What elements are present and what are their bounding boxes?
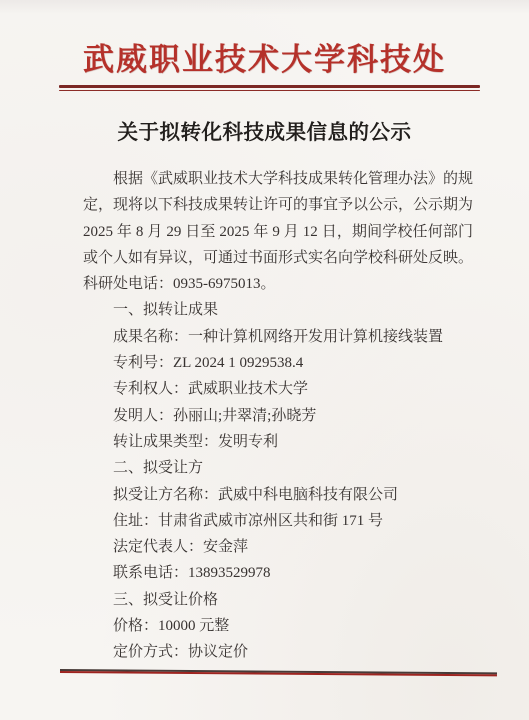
letterhead-divider-thin-line: [59, 90, 480, 92]
body-line: 定，现将以下科技成果转让许可的事宜予以公示，公示期为: [83, 192, 473, 218]
body-line: 专利号：ZL 2024 1 0929538.4: [83, 350, 473, 376]
body-line: 联系电话：13893529978: [83, 560, 473, 586]
document-page: 武威职业技术大学科技处 关于拟转化科技成果信息的公示 根据《武威职业技术大学科技…: [0, 0, 529, 720]
body-line: 发明人：孙丽山;井翠清;孙晓芳: [83, 403, 473, 429]
footer-divider: [60, 669, 497, 676]
body-line: 一、拟转让成果: [83, 297, 473, 323]
document-title: 关于拟转化科技成果信息的公示: [0, 115, 529, 145]
body-line: 三、拟受让价格: [83, 587, 473, 613]
document-body: 根据《武威职业技术大学科技成果转化管理办法》的规定，现将以下科技成果转让许可的事…: [83, 166, 473, 666]
letterhead-title: 武威职业技术大学科技处: [0, 34, 529, 79]
body-line: 住址：甘肃省武威市凉州区共和街 171 号: [83, 508, 473, 534]
body-line: 价格：10000 元整: [83, 613, 473, 639]
body-line: 法定代表人：安金萍: [83, 534, 473, 560]
body-line: 专利权人：武威职业技术大学: [83, 376, 473, 402]
body-line: 2025 年 8 月 29 日至 2025 年 9 月 12 日，期间学校任何部…: [83, 219, 473, 245]
body-line: 成果名称：一种计算机网络开发用计算机接线装置: [83, 324, 473, 350]
body-line: 拟受让方名称：武威中科电脑科技有限公司: [83, 482, 473, 508]
body-line: 定价方式：协议定价: [83, 639, 473, 665]
body-line: 转让成果类型：发明专利: [83, 429, 473, 455]
body-line: 科研处电话：0935-6975013。: [83, 271, 473, 297]
body-line: 根据《武威职业技术大学科技成果转化管理办法》的规: [83, 166, 473, 192]
body-line: 或个人如有异议，可通过书面形式实名向学校科研处反映。: [83, 245, 473, 271]
body-line: 二、拟受让方: [83, 455, 473, 481]
letterhead-divider: [59, 85, 480, 91]
